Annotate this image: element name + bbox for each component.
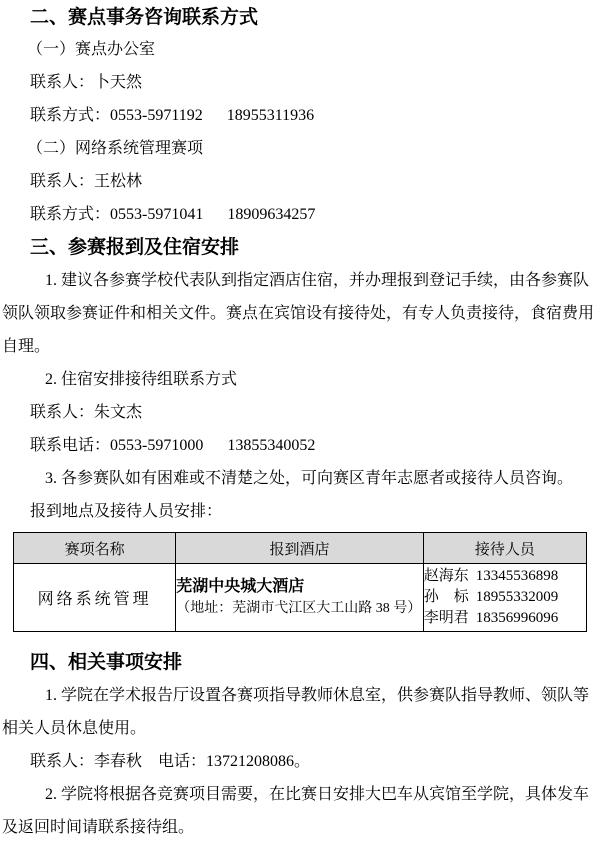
- receptionist-phone: 18955332009: [476, 587, 559, 608]
- table-header-hotel: 报到酒店: [176, 533, 423, 564]
- table-row: 网络系统管理 芜湖中央城大酒店 （地址：芜湖市弋江区大工山路 38 号） 赵海东…: [14, 564, 587, 632]
- paragraph-line: 相关人员休息使用。: [2, 712, 600, 745]
- checkin-item-2: 2. 住宿安排接待组联系方式: [2, 363, 600, 396]
- section-2-sub-1-title: （一）赛点办公室: [2, 33, 600, 66]
- section-2-sub-2-title: （二）网络系统管理赛项: [2, 132, 600, 165]
- table-intro-line: 报到地点及接待人员安排：: [2, 495, 600, 528]
- lounge-contact-line: 联系人：李春秋 电话：13721208086。: [2, 745, 600, 778]
- paragraph-line: 及返回时间请联系接待组。: [2, 811, 600, 841]
- network-contact-person: 联系人：王松林: [2, 165, 600, 198]
- receptionist-entry: 李明君 18356996096: [424, 608, 586, 629]
- section-3-heading: 三、参赛报到及住宿安排: [2, 231, 600, 264]
- lodging-contact-phones: 联系电话：0553-5971000 13855340052: [2, 429, 600, 462]
- event-name-cell: 网络系统管理: [14, 564, 176, 632]
- hotel-address: （地址：芜湖市弋江区大工山路 38 号）: [176, 598, 422, 620]
- receptionist-name: 赵海东: [424, 566, 476, 587]
- misc-paragraph-2: 2. 学院将根据各竞赛项目需要，在比赛日安排大巴车从宾馆至学院，具体发车 及返回…: [2, 778, 600, 841]
- section-4-heading: 四、相关事项安排: [2, 646, 600, 679]
- hotel-cell: 芜湖中央城大酒店 （地址：芜湖市弋江区大工山路 38 号）: [176, 564, 423, 632]
- receptionist-phone: 18356996096: [476, 608, 559, 629]
- table-header-row: 赛项名称 报到酒店 接待人员: [14, 533, 587, 564]
- paragraph-line: 1. 建议各参赛学校代表队到指定酒店住宿，并办理报到登记手续，由各参赛队: [2, 264, 600, 297]
- paragraph-line: 1. 学院在学术报告厅设置各赛项指导教师休息室，供参赛队指导教师、领队等: [2, 679, 600, 712]
- network-contact-phones: 联系方式：0553-5971041 18909634257: [2, 198, 600, 231]
- checkin-paragraph-1: 1. 建议各参赛学校代表队到指定酒店住宿，并办理报到登记手续，由各参赛队 领队领…: [2, 264, 600, 363]
- table-header-receptionists: 接待人员: [423, 533, 586, 564]
- misc-paragraph-1: 1. 学院在学术报告厅设置各赛项指导教师休息室，供参赛队指导教师、领队等 相关人…: [2, 679, 600, 745]
- hotel-name: 芜湖中央城大酒店: [176, 576, 422, 598]
- receptionist-phone: 13345536898: [476, 566, 559, 587]
- receptionist-name: 李明君: [424, 608, 476, 629]
- receptionists-cell: 赵海东 13345536898 孙 标 18955332009 李明君 1835…: [423, 564, 586, 632]
- receptionist-entry: 孙 标 18955332009: [424, 587, 586, 608]
- checkin-table: 赛项名称 报到酒店 接待人员 网络系统管理 芜湖中央城大酒店 （地址：芜湖市弋江…: [13, 532, 587, 632]
- receptionist-name: 孙 标: [424, 587, 476, 608]
- receptionist-entry: 赵海东 13345536898: [424, 566, 586, 587]
- checkin-item-3: 3. 各参赛队如有困难或不清楚之处，可向赛区青年志愿者或接待人员咨询。: [2, 462, 600, 495]
- document-page: 二、赛点事务咨询联系方式 （一）赛点办公室 联系人：卜天然 联系方式：0553-…: [0, 0, 601, 841]
- section-2-heading: 二、赛点事务咨询联系方式: [2, 3, 600, 33]
- paragraph-line: 自理。: [2, 330, 600, 363]
- paragraph-line: 领队领取参赛证件和相关文件。赛点在宾馆设有接待处，有专人负责接待，食宿费用: [2, 297, 600, 330]
- paragraph-line: 2. 学院将根据各竞赛项目需要，在比赛日安排大巴车从宾馆至学院，具体发车: [2, 778, 600, 811]
- table-header-event: 赛项名称: [14, 533, 176, 564]
- office-contact-person: 联系人：卜天然: [2, 66, 600, 99]
- lodging-contact-person: 联系人：朱文杰: [2, 396, 600, 429]
- office-contact-phones: 联系方式：0553-5971192 18955311936: [2, 99, 600, 132]
